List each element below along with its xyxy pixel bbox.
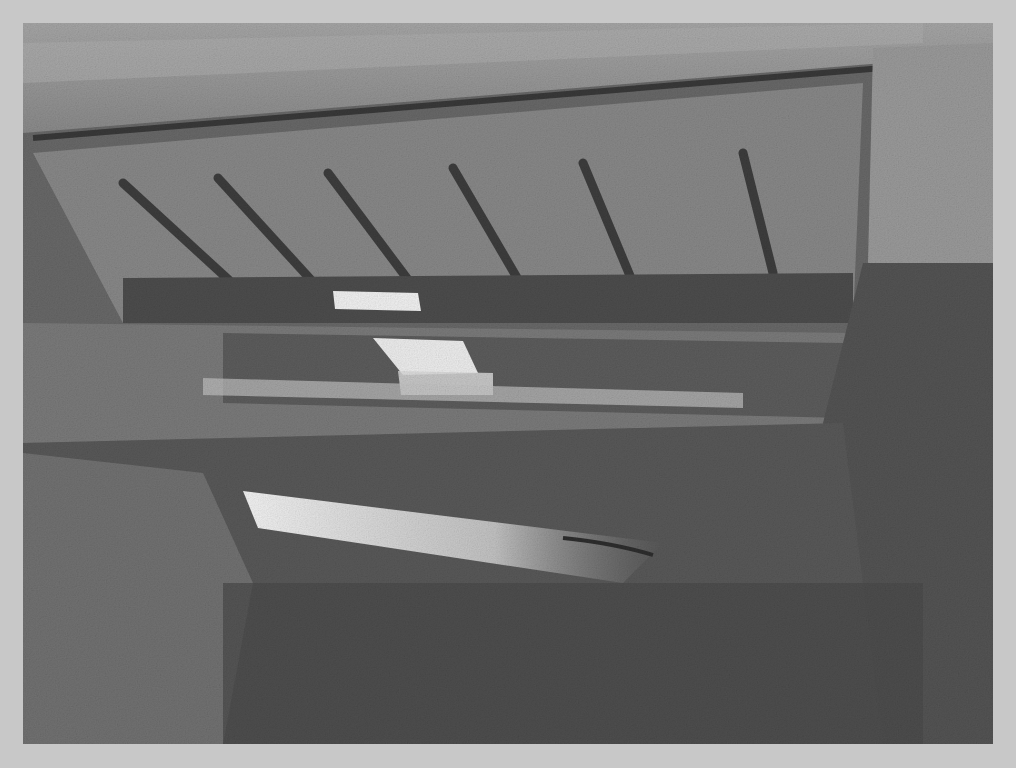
photo-canvas — [23, 23, 993, 744]
photograph: Grainy grayscale photograph looking up a… — [23, 23, 993, 744]
